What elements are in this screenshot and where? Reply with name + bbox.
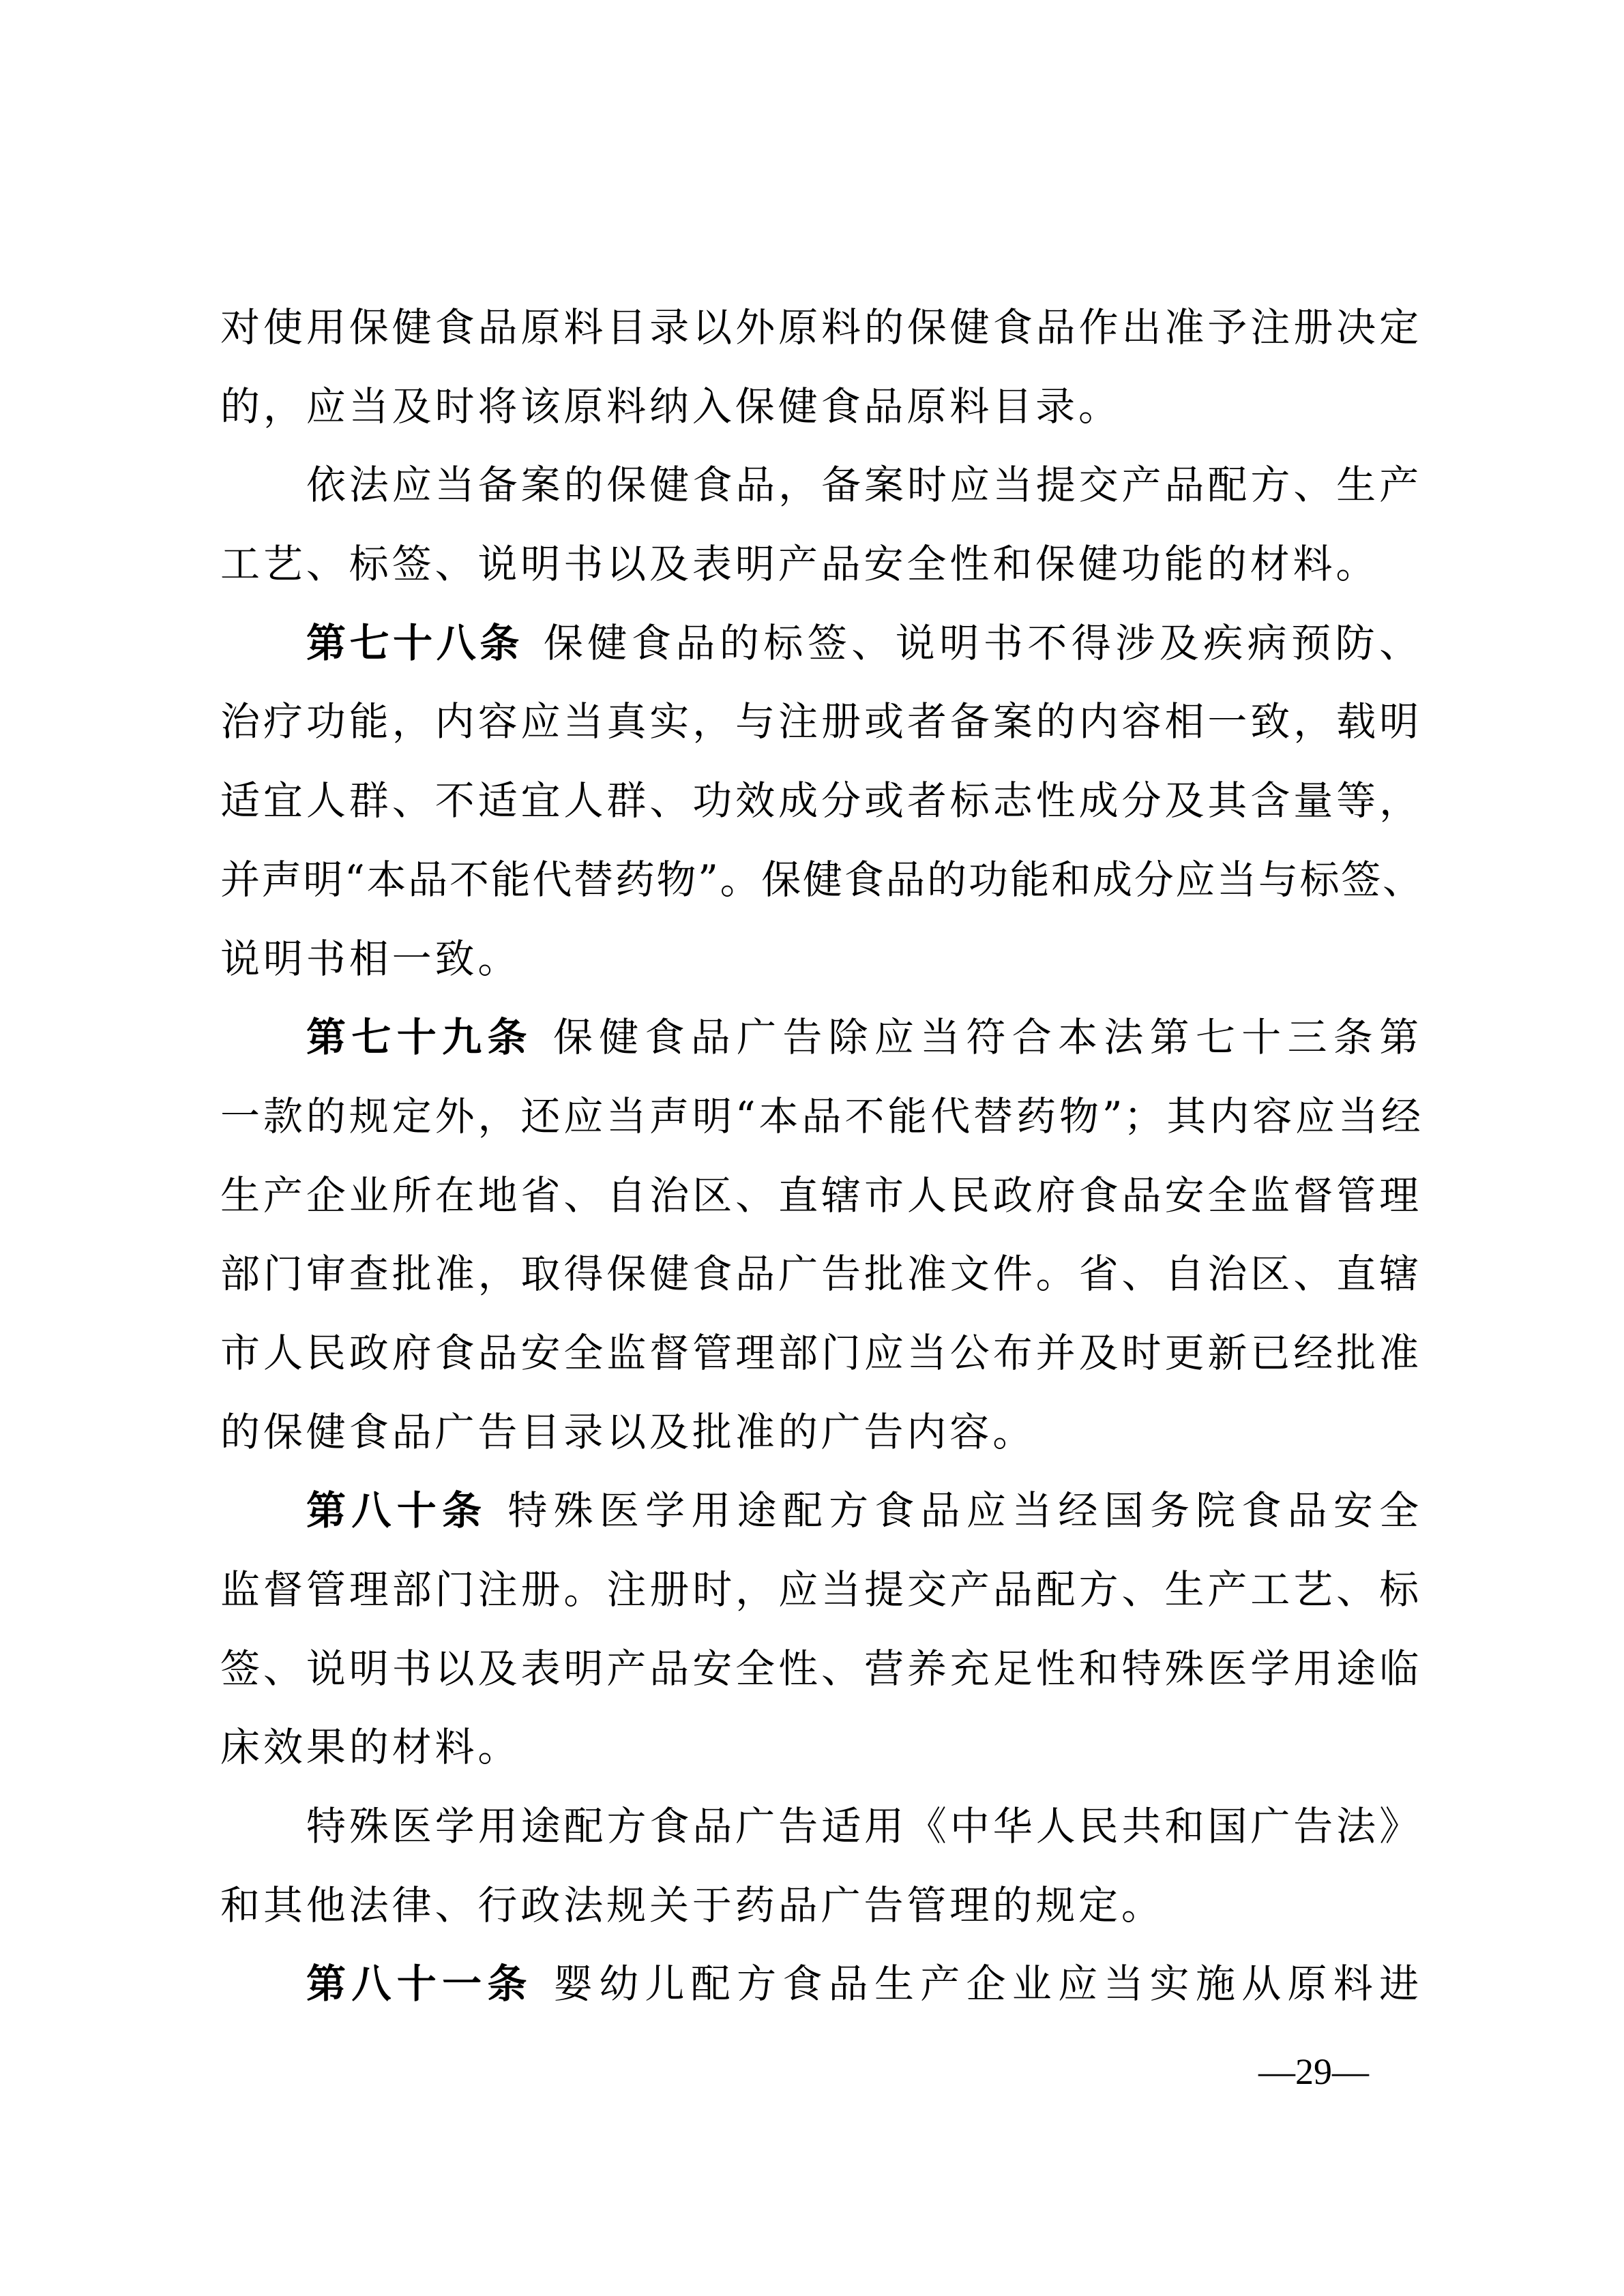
line-text: 适宜人群、不适宜人群、功效成分或者标志性成分及其含量等， bbox=[220, 777, 1422, 824]
line-text: 市人民政府食品安全监督管理部门应当公布并及时更新已经批准 bbox=[220, 1330, 1422, 1376]
line-text: 说明书相一致。 bbox=[220, 936, 520, 982]
text-line-19: 床效果的材料。 bbox=[220, 1714, 1422, 1793]
text-line-15: 的保健食品广告目录以及批准的广告内容。 bbox=[220, 1399, 1422, 1478]
line-text: 一款的规定外，还应当声明“本品不能代替药物”；其内容应当经 bbox=[220, 1093, 1422, 1139]
line-text: 并声明“本品不能代替药物”。保健食品的功能和成分应当与标签、 bbox=[220, 856, 1422, 903]
article-heading-79: 第七十九条 bbox=[306, 1014, 533, 1060]
article-81-heading-line: 第八十一条婴幼儿配方食品生产企业应当实施从原料进 bbox=[220, 1951, 1422, 2030]
text-line-2: 的，应当及时将该原料纳入保健食品原料目录。 bbox=[220, 374, 1422, 453]
text-line-1: 对使用保健食品原料目录以外原料的保健食品作出准予注册决定 bbox=[220, 295, 1422, 374]
line-text: 部门审查批准，取得保健食品广告批准文件。省、自治区、直辖 bbox=[220, 1251, 1422, 1297]
article-78-heading-line: 第七十八条保健食品的标签、说明书不得涉及疾病预防、 bbox=[220, 610, 1422, 689]
line-text: 和其他法律、行政法规关于药品广告管理的规定。 bbox=[220, 1882, 1164, 1928]
line-text: 依法应当备案的保健食品，备案时应当提交产品配方、生产 bbox=[306, 462, 1422, 508]
text-line-14: 市人民政府食品安全监督管理部门应当公布并及时更新已经批准 bbox=[220, 1320, 1422, 1399]
text-line-12: 生产企业所在地省、自治区、直辖市人民政府食品安全监督管理 bbox=[220, 1163, 1422, 1242]
page-number: —29— bbox=[1258, 2051, 1354, 2092]
line-text: 监督管理部门注册。注册时，应当提交产品配方、生产工艺、标 bbox=[220, 1566, 1422, 1613]
article-79-heading-line: 第七十九条保健食品广告除应当符合本法第七十三条第 bbox=[220, 1004, 1422, 1084]
line-text: 特殊医学用途配方食品应当经国务院食品安全 bbox=[507, 1487, 1422, 1534]
line-text: 治疗功能，内容应当真实，与注册或者备案的内容相一致，载明 bbox=[220, 698, 1422, 745]
line-text: 的保健食品广告目录以及批准的广告内容。 bbox=[220, 1409, 1035, 1455]
text-line-8: 并声明“本品不能代替药物”。保健食品的功能和成分应当与标签、 bbox=[220, 847, 1422, 926]
text-line-20: 特殊医学用途配方食品广告适用《中华人民共和国广告法》 bbox=[220, 1793, 1422, 1873]
line-text: 特殊医学用途配方食品广告适用《中华人民共和国广告法》 bbox=[306, 1803, 1422, 1849]
text-line-18: 签、说明书以及表明产品安全性、营养充足性和特殊医学用途临 bbox=[220, 1636, 1422, 1715]
article-heading-80: 第八十条 bbox=[306, 1487, 487, 1534]
text-line-4: 工艺、标签、说明书以及表明产品安全性和保健功能的材料。 bbox=[220, 531, 1422, 610]
text-line-11: 一款的规定外，还应当声明“本品不能代替药物”；其内容应当经 bbox=[220, 1084, 1422, 1163]
text-line-9: 说明书相一致。 bbox=[220, 926, 1422, 1005]
document-page: 对使用保健食品原料目录以外原料的保健食品作出准予注册决定 的，应当及时将该原料纳… bbox=[0, 0, 1624, 2296]
text-line-13: 部门审查批准，取得保健食品广告批准文件。省、自治区、直辖 bbox=[220, 1241, 1422, 1320]
line-text: 对使用保健食品原料目录以外原料的保健食品作出准予注册决定 bbox=[220, 304, 1422, 351]
article-heading-78: 第七十八条 bbox=[306, 620, 523, 666]
text-line-17: 监督管理部门注册。注册时，应当提交产品配方、生产工艺、标 bbox=[220, 1557, 1422, 1636]
line-text: 的，应当及时将该原料纳入保健食品原料目录。 bbox=[220, 383, 1121, 430]
article-heading-81: 第八十一条 bbox=[306, 1960, 533, 2007]
line-text: 工艺、标签、说明书以及表明产品安全性和保健功能的材料。 bbox=[220, 541, 1378, 587]
line-text: 生产企业所在地省、自治区、直辖市人民政府食品安全监督管理 bbox=[220, 1172, 1422, 1219]
body-text: 对使用保健食品原料目录以外原料的保健食品作出准予注册决定 的，应当及时将该原料纳… bbox=[220, 295, 1422, 2030]
text-line-6: 治疗功能，内容应当真实，与注册或者备案的内容相一致，载明 bbox=[220, 689, 1422, 768]
line-text: 签、说明书以及表明产品安全性、营养充足性和特殊医学用途临 bbox=[220, 1645, 1422, 1692]
text-line-7: 适宜人群、不适宜人群、功效成分或者标志性成分及其含量等， bbox=[220, 768, 1422, 847]
text-line-21: 和其他法律、行政法规关于药品广告管理的规定。 bbox=[220, 1873, 1422, 1952]
article-80-heading-line: 第八十条特殊医学用途配方食品应当经国务院食品安全 bbox=[220, 1478, 1422, 1557]
line-text: 保健食品广告除应当符合本法第七十三条第 bbox=[553, 1014, 1422, 1060]
line-text: 保健食品的标签、说明书不得涉及疾病预防、 bbox=[544, 620, 1422, 666]
line-text: 婴幼儿配方食品生产企业应当实施从原料进 bbox=[553, 1960, 1422, 2007]
text-line-3: 依法应当备案的保健食品，备案时应当提交产品配方、生产 bbox=[220, 452, 1422, 531]
line-text: 床效果的材料。 bbox=[220, 1724, 520, 1770]
